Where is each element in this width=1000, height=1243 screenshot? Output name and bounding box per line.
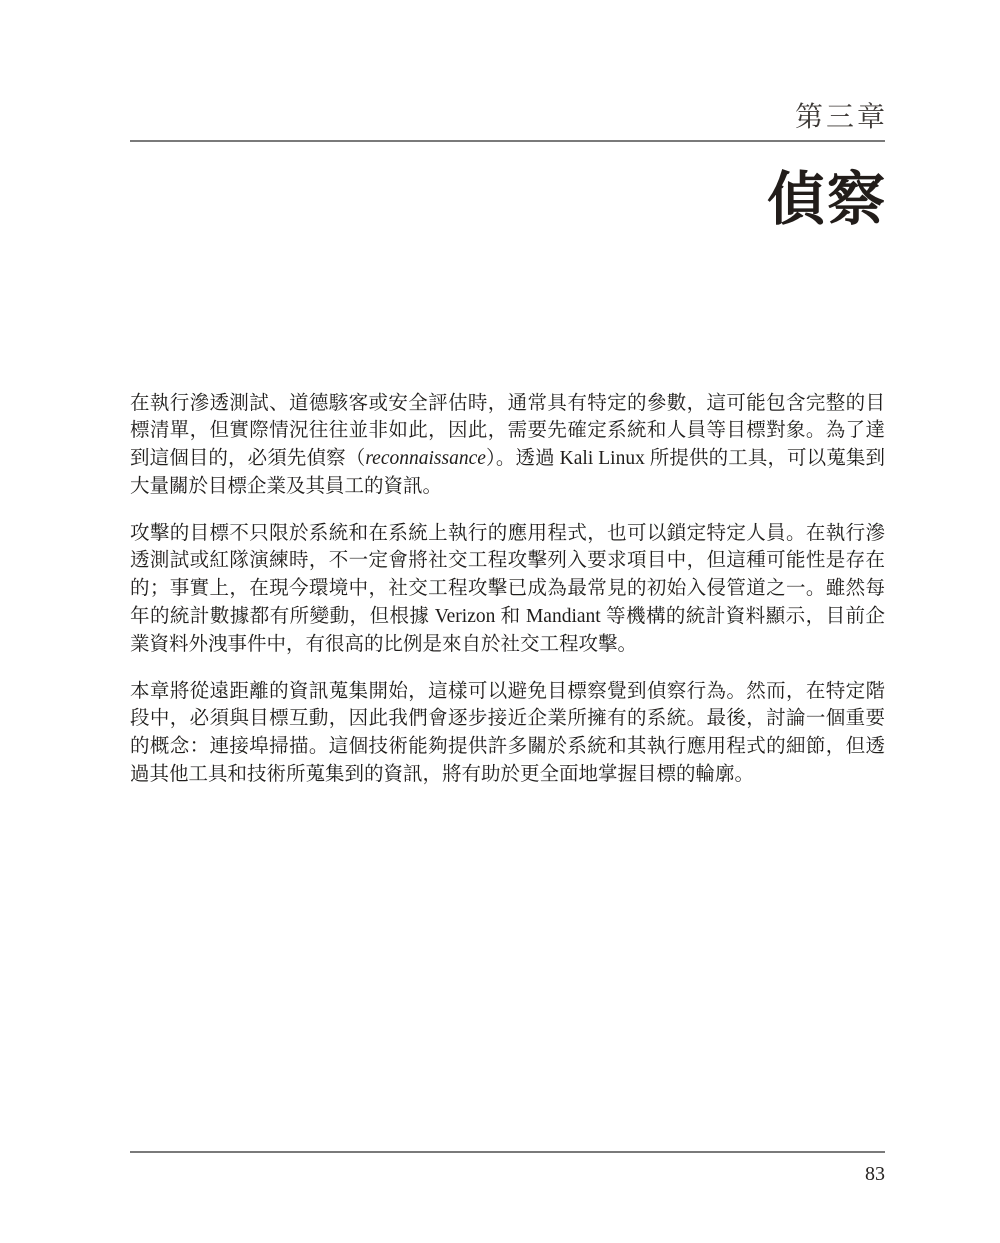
- text-run: 攻擊的目標不只限於系統和在系統上執行的應用程式，也可以鎖定特定人員。在執行滲透測…: [130, 523, 885, 655]
- body-text: 在執行滲透測試、道德駭客或安全評估時，通常具有特定的參數，這可能包含完整的目標清…: [130, 390, 885, 789]
- footer-rule: [130, 1151, 885, 1153]
- book-page: 第三章 偵察 在執行滲透測試、道德駭客或安全評估時，通常具有特定的參數，這可能包…: [0, 0, 1000, 1243]
- page-number: 83: [865, 1161, 885, 1187]
- italic-term: reconnaissance: [365, 448, 486, 469]
- header-rule: [130, 140, 885, 142]
- paragraph: 本章將從遠距離的資訊蒐集開始，這樣可以避免目標察覺到偵察行為。然而，在特定階段中…: [130, 678, 885, 789]
- paragraph: 在執行滲透測試、道德駭客或安全評估時，通常具有特定的參數，這可能包含完整的目標清…: [130, 390, 885, 501]
- chapter-title: 偵察: [130, 168, 887, 232]
- chapter-label: 第三章: [130, 100, 888, 134]
- content-column: 第三章 偵察 在執行滲透測試、道德駭客或安全評估時，通常具有特定的參數，這可能包…: [130, 0, 885, 789]
- paragraph: 攻擊的目標不只限於系統和在系統上執行的應用程式，也可以鎖定特定人員。在執行滲透測…: [130, 520, 885, 659]
- text-run: 本章將從遠距離的資訊蒐集開始，這樣可以避免目標察覺到偵察行為。然而，在特定階段中…: [130, 681, 885, 785]
